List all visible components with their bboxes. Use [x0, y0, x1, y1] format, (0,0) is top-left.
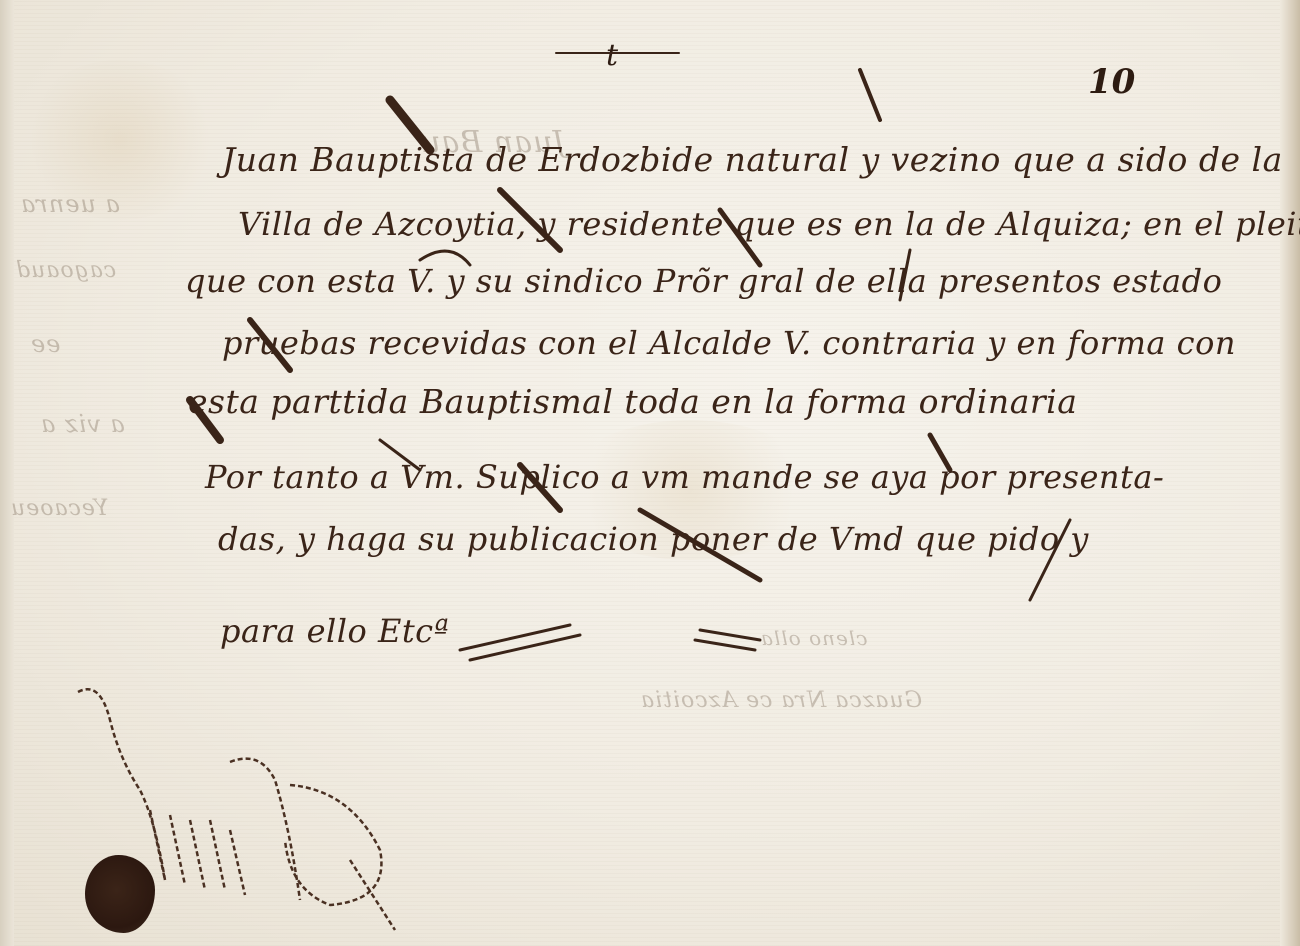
ink-blot-seal [85, 855, 155, 933]
ink-strokes [0, 0, 1300, 946]
manuscript-page: Juan Bau a uenra cagoaud ee a viz a Yeca… [0, 0, 1300, 946]
